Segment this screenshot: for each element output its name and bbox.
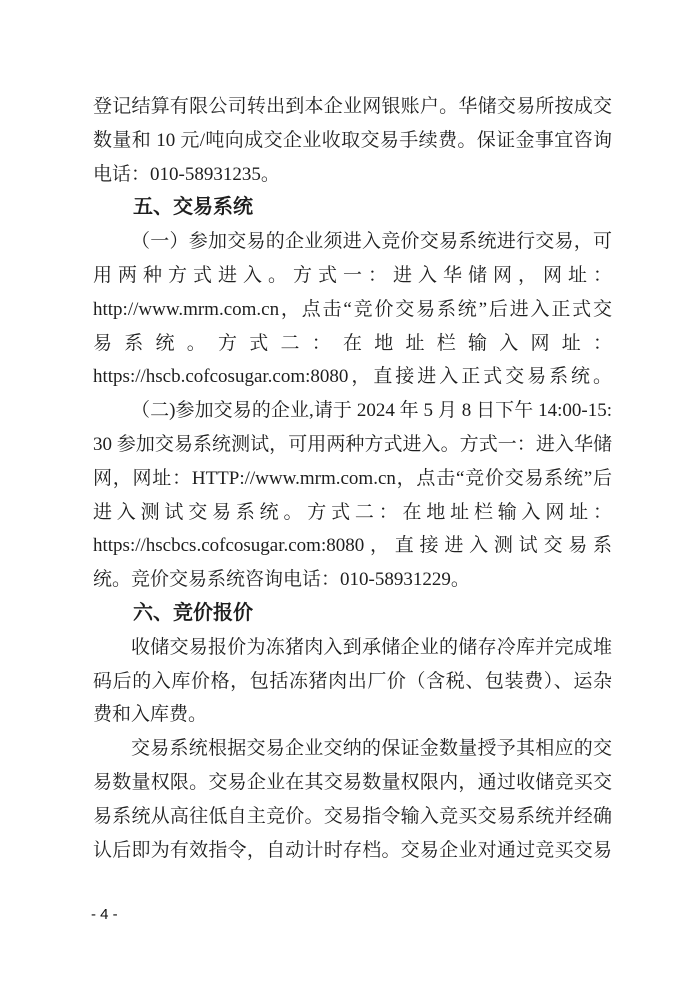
text-line: 收储交易报价为冻猪肉入到承储企业的储存冷库并完成堆 xyxy=(93,631,612,665)
text-line: 统。竞价交易系统咨询电话：010-58931229。 xyxy=(93,563,612,597)
text-line: 数量和 10 元/吨向成交企业收取交易手续费。保证金事宜咨询 xyxy=(93,124,612,158)
text-line: 认后即为有效指令，自动计时存档。交易企业对通过竞买交易 xyxy=(93,834,612,868)
text-line: 登记结算有限公司转出到本企业网银账户。华储交易所按成交 xyxy=(93,90,612,124)
text-line: 进入测试交易系统。方式二：在地址栏输入网址： xyxy=(93,496,612,530)
text-line: （二)参加交易的企业,请于 2024 年 5 月 8 日下午 14:00-15: xyxy=(93,394,612,428)
page-number: - 4 - xyxy=(91,906,118,923)
text-line: 交易系统根据交易企业交纳的保证金数量授予其相应的交 xyxy=(93,732,612,766)
text-line: 费和入库费。 xyxy=(93,698,612,732)
text-line: 30 参加交易系统测试，可用两种方式进入。方式一：进入华储 xyxy=(93,428,612,462)
text-line: 码后的入库价格，包括冻猪肉出厂价（含税、包装费）、运杂 xyxy=(93,665,612,699)
document-body: 登记结算有限公司转出到本企业网银账户。华储交易所按成交 数量和 10 元/吨向成… xyxy=(93,90,612,867)
text-line: https://hscbcs.cofcosugar.com:8080，直接进入测… xyxy=(93,529,612,563)
text-line: 用两种方式进入。方式一：进入华储网，网址： xyxy=(93,259,612,293)
text-line: 易数量权限。交易企业在其交易数量权限内，通过收储竞买交 xyxy=(93,766,612,800)
text-line: 易系统从高往低自主竞价。交易指令输入竞买交易系统并经确 xyxy=(93,800,612,834)
text-line: 网，网址：HTTP://www.mrm.com.cn，点击“竞价交易系统”后 xyxy=(93,462,612,496)
section-heading-trading-system: 五、交易系统 xyxy=(93,191,612,225)
section-heading-bid-pricing: 六、竞价报价 xyxy=(93,597,612,631)
text-line: 易系统。方式二：在地址栏输入网址： xyxy=(93,327,612,361)
text-line: （一）参加交易的企业须进入竞价交易系统进行交易，可 xyxy=(93,225,612,259)
document-page: 登记结算有限公司转出到本企业网银账户。华储交易所按成交 数量和 10 元/吨向成… xyxy=(0,0,700,989)
text-line: https://hscb.cofcosugar.com:8080，直接进入正式交… xyxy=(93,360,612,394)
text-line: 电话：010-58931235。 xyxy=(93,158,612,192)
text-line: http://www.mrm.com.cn，点击“竞价交易系统”后进入正式交 xyxy=(93,293,612,327)
